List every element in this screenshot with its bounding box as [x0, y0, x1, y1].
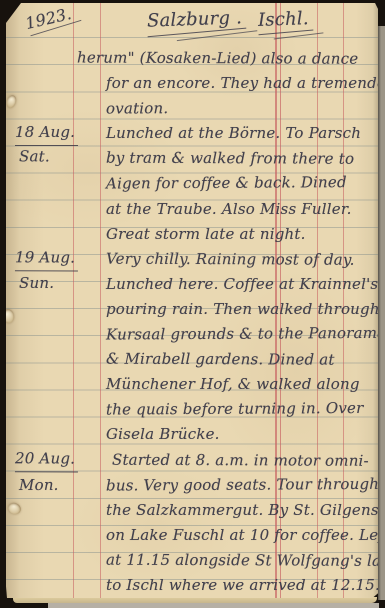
line-text: Gisela Brücke.: [106, 422, 220, 447]
book-right-edge: [378, 26, 385, 600]
title-ischl: Ischl.: [258, 8, 309, 31]
diary-page: 1923. Salzburg . Ischl. herum" (Kosaken-…: [6, 3, 378, 598]
line-text: pouring rain. Then walked through: [106, 297, 380, 322]
diary-line: Great storm late at night.: [6, 221, 378, 246]
diary-line: at the Traube. Also Miss Fuller.: [6, 196, 378, 221]
diary-line: Sun.Lunched here. Coffee at Krainnel's i…: [6, 271, 378, 296]
diary-line: pouring rain. Then walked through: [6, 296, 378, 321]
diary-line: 20 Aug.Started at 8. a.m. in motor omni-: [6, 446, 378, 473]
diary-line: the Salzkammergut. By St. Gilgens: [6, 497, 378, 522]
diary-line: to Ischl where we arrived at 12.15.: [6, 572, 378, 597]
diary-line: Münchener Hof, & walked along: [6, 371, 378, 396]
line-text: for an encore. They had a tremendous: [106, 71, 385, 96]
entry-day: Mon.: [19, 472, 59, 497]
line-text: Very chilly. Raining most of day.: [106, 246, 355, 272]
line-text: ovation.: [106, 96, 168, 121]
diary-line: on Lake Fuschl at 10 for coffee. Left: [6, 522, 378, 547]
diary-line: 18 Aug.Lunched at the Börne. To Parsch: [6, 120, 378, 145]
line-text: Lunched here. Coffee at Krainnel's in: [106, 272, 385, 297]
line-text: the quais before turning in. Over: [106, 396, 364, 423]
entry-date: 20 Aug.: [15, 446, 78, 472]
line-text: at the Traube. Also Miss Fuller.: [106, 197, 352, 222]
line-text: Münchener Hof, & walked along: [106, 372, 360, 397]
diary-line: Sat.by tram & walked from there to: [6, 145, 378, 172]
line-text: Great storm late at night.: [106, 222, 306, 247]
line-text: at 11.15 alongside St Wolfgang's lake: [106, 547, 385, 573]
diary-line: 19 Aug.Very chilly. Raining most of day.: [6, 245, 378, 272]
diary-entries: herum" (Kosaken-Lied) also a dancefor an…: [6, 45, 378, 597]
entry-date: 19 Aug.: [15, 245, 78, 271]
line-text: herum" (Kosaken-Lied) also a dance: [77, 45, 358, 71]
line-text: to Ischl where we arrived at 12.15.: [106, 573, 380, 598]
diary-line: ovation.: [6, 94, 378, 121]
diary-line: the quais before turning in. Over: [6, 395, 378, 422]
line-text: & Mirabell gardens. Dined at: [106, 347, 335, 373]
diary-line: Gisela Brücke.: [6, 421, 378, 446]
year-label: 1923.: [23, 4, 73, 33]
diary-line: Mon.bus. Very good seats. Tour through: [6, 470, 378, 497]
diary-line: Kursaal grounds & to the Panorama: [6, 320, 378, 347]
entry-date: 18 Aug.: [15, 120, 78, 146]
line-text: Started at 8. a.m. in motor omni-: [112, 447, 369, 473]
diary-line: & Mirabell gardens. Dined at: [6, 345, 378, 372]
diary-line: Aigen for coffee & back. Dined: [6, 169, 378, 196]
line-text: on Lake Fuschl at 10 for coffee. Left: [106, 523, 385, 548]
diary-line: at 11.15 alongside St Wolfgang's lake: [6, 546, 378, 573]
diary-line: for an encore. They had a tremendous: [6, 70, 378, 95]
line-text: Kursaal grounds & to the Panorama: [106, 321, 385, 348]
title-salzburg: Salzburg .: [147, 7, 243, 31]
line-text: Aigen for coffee & back. Dined: [106, 171, 347, 198]
notebook-photo: 1923. Salzburg . Ischl. herum" (Kosaken-…: [0, 0, 385, 608]
entry-day: Sat.: [19, 145, 50, 170]
line-text: Lunched at the Börne. To Parsch: [106, 121, 361, 146]
entry-day: Sun.: [19, 271, 54, 296]
diary-line: herum" (Kosaken-Lied) also a dance: [6, 44, 378, 71]
background-strip: [48, 603, 379, 608]
line-text: bus. Very good seats. Tour through: [106, 471, 379, 498]
line-text: the Salzkammergut. By St. Gilgens: [106, 498, 379, 523]
